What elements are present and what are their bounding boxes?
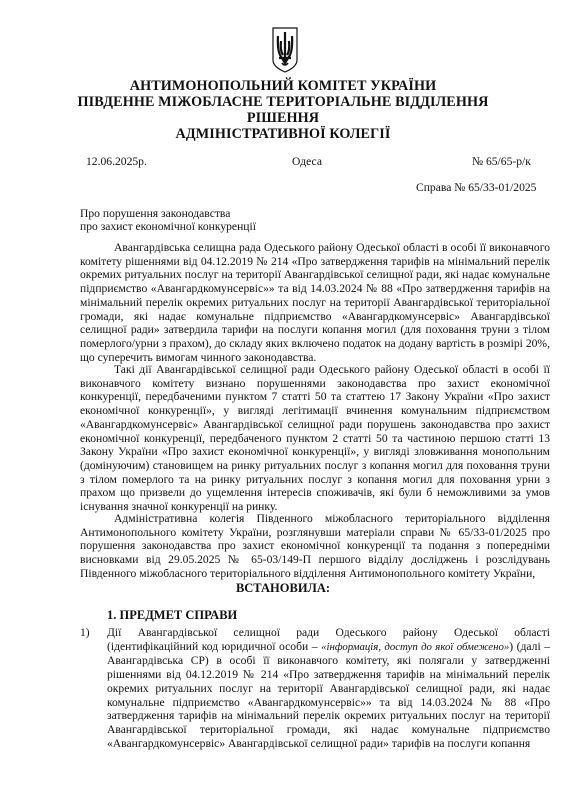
header-line-department: ПІВДЕННЕ МІЖОБЛАСНЕ ТЕРИТОРІАЛЬНЕ ВІДДІЛ… (0, 94, 566, 110)
header-line-decision: РІШЕННЯ (0, 110, 566, 126)
subject-line-1: Про порушення законодавства (80, 207, 230, 221)
case-number: Справа № 65/33-01/2025 (416, 181, 536, 195)
document-page: АНТИМОНОПОЛЬНИЙ КОМІТЕТ УКРАЇНИ ПІВДЕННЕ… (0, 0, 566, 800)
paragraph-2: Такі дії Авангардівської селищної ради О… (80, 363, 550, 514)
restricted-info-note: «інформація, доступ до якої обмежено» (321, 641, 509, 653)
decision-date: 12.06.2025р. (86, 155, 147, 169)
section-heading-subject: 1. ПРЕДМЕТ СПРАВИ (107, 608, 237, 623)
decision-number: № 65/65-р/к (472, 155, 531, 169)
paragraph-1-text: Авангардівська селищна рада Одеського ра… (80, 241, 550, 364)
paragraph-2-text: Такі дії Авангардівської селищної ради О… (80, 363, 550, 513)
header-line-board: АДМІНІСТРАТИВНОЇ КОЛЕГІЇ (0, 126, 566, 142)
subject-line-2: про захист економічної конкуренції (80, 220, 256, 234)
decision-city: Одеса (292, 155, 322, 169)
established-heading: ВСТАНОВИЛА: (0, 581, 566, 596)
item-1-text: Дії Авангардівської селищної ради Одеськ… (107, 626, 550, 750)
paragraph-3-text: Адміністративна колегія Південного міжоб… (80, 512, 550, 580)
paragraph-1: Авангардівська селищна рада Одеського ра… (80, 241, 550, 364)
item-number: 1) (80, 626, 90, 639)
header-line-committee: АНТИМОНОПОЛЬНИЙ КОМІТЕТ УКРАЇНИ (0, 78, 566, 94)
item-1-text-end: ) (далі – Авангардівська СР) в особі її … (107, 640, 550, 750)
paragraph-3: Адміністративна колегія Південного міжоб… (80, 512, 550, 581)
coat-of-arms-icon (272, 27, 298, 73)
